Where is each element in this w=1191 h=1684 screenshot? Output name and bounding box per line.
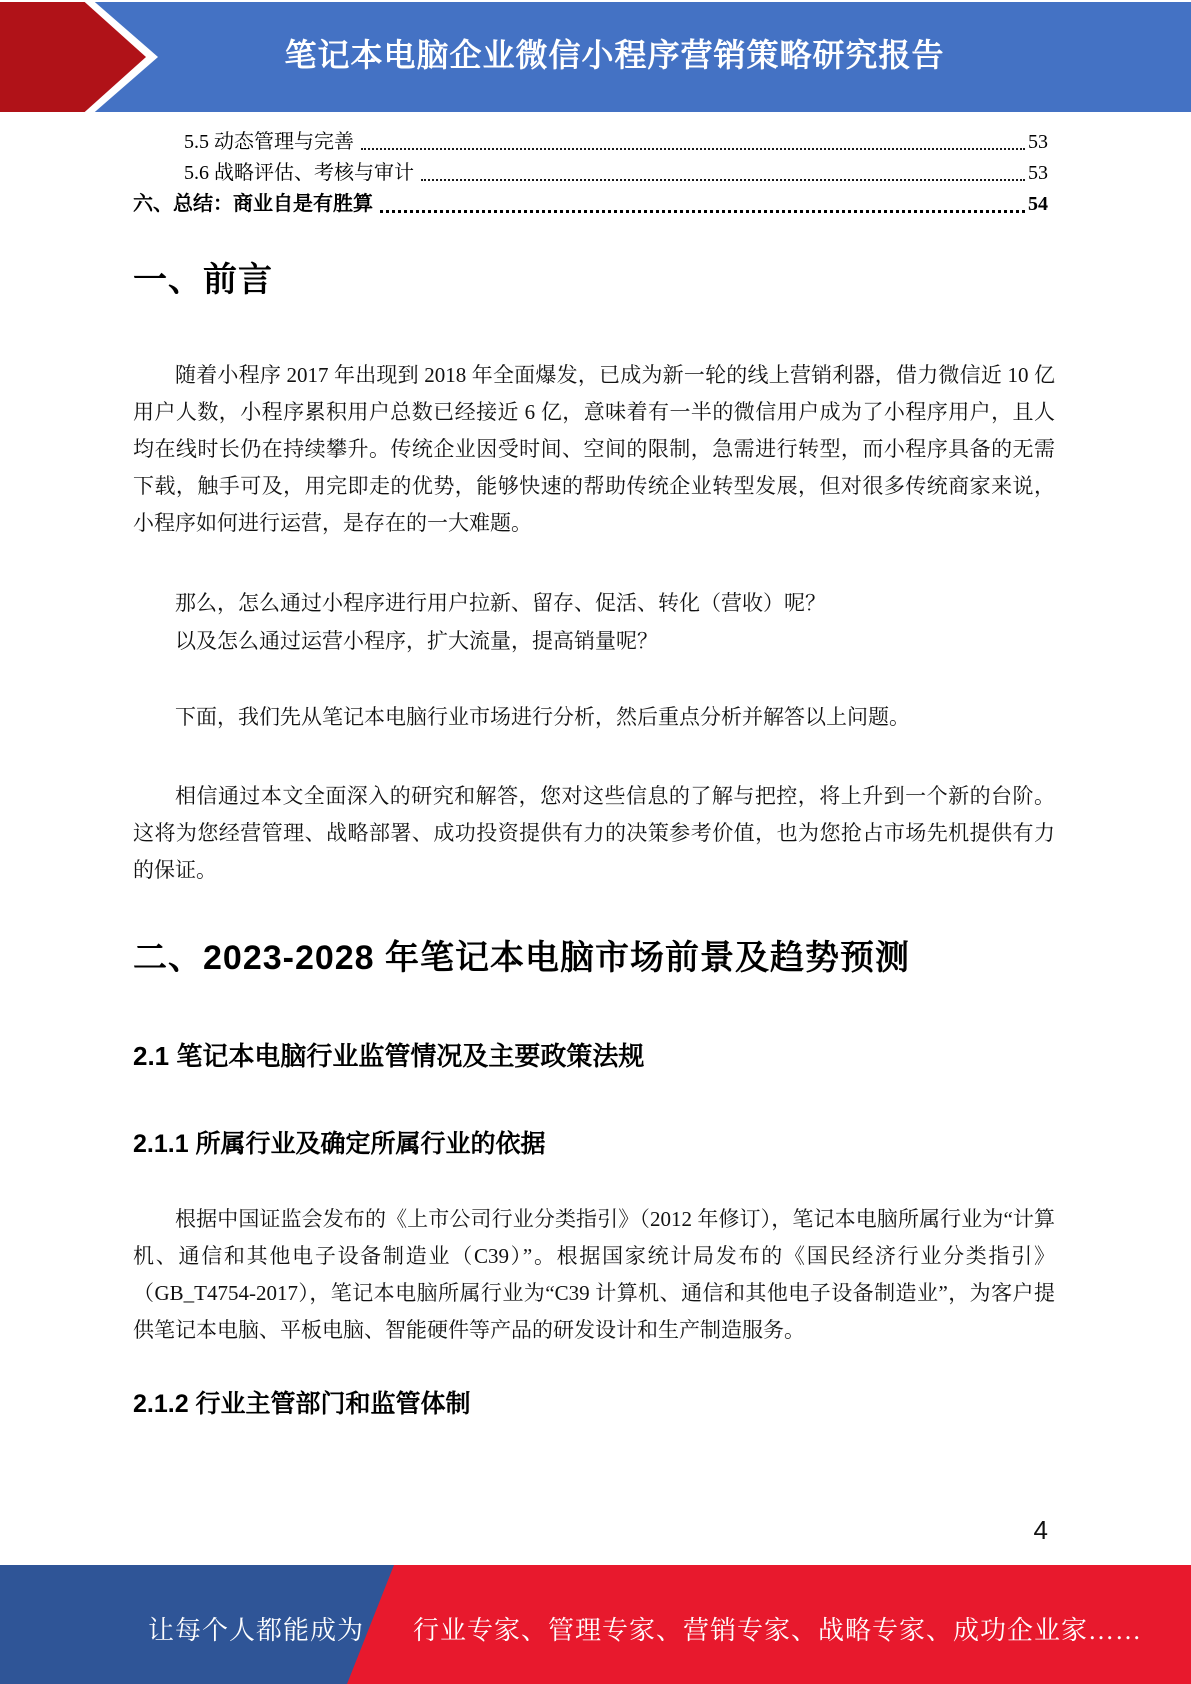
paragraph-transition: 下面，我们先从笔记本电脑行业市场进行分析，然后重点分析并解答以上问题。 <box>133 699 1055 736</box>
paragraph-question-1: 那么，怎么通过小程序进行用户拉新、留存、促活、转化（营收）呢？ <box>133 585 1055 622</box>
footer-texts: 让每个人都能成为 行业专家、管理专家、营销专家、战略专家、成功企业家…… <box>0 1565 1191 1684</box>
toc-dotted-leader <box>380 210 1025 213</box>
toc-entry-label: 5.6 战略评估、考核与审计 <box>184 160 414 186</box>
paragraph-question-2: 以及怎么通过运营小程序，扩大流量，提高销量呢？ <box>133 623 1055 660</box>
paragraph-intro: 随着小程序 2017 年出现到 2018 年全面爆发，已成为新一轮的线上营销利器… <box>133 357 1055 542</box>
section-heading-market-forecast: 二、2023-2028 年笔记本电脑市场前景及趋势预测 <box>133 930 910 979</box>
toc-entry: 六、总结：商业自是有胜算 54 <box>133 186 1048 217</box>
toc-entry-page: 53 <box>1028 160 1048 186</box>
report-header-banner: 笔记本电脑企业微信小程序营销策略研究报告 <box>0 2 1191 112</box>
section-heading-foreword: 一、前言 <box>133 252 273 301</box>
subsubsection-heading-industry: 2.1.1 所属行业及确定所属行业的依据 <box>133 1124 546 1160</box>
report-title: 笔记本电脑企业微信小程序营销策略研究报告 <box>0 2 1191 112</box>
toc-entry-page: 53 <box>1028 129 1048 155</box>
toc-entry-label: 5.5 动态管理与完善 <box>184 129 354 155</box>
toc-entry-label: 六、总结：商业自是有胜算 <box>133 191 373 217</box>
paragraph-industry-classification: 根据中国证监会发布的《上市公司行业分类指引》（2012 年修订），笔记本电脑所属… <box>133 1201 1055 1349</box>
subsection-heading-regulation: 2.1 笔记本电脑行业监管情况及主要政策法规 <box>133 1036 644 1073</box>
subsubsection-heading-regulator: 2.1.2 行业主管部门和监管体制 <box>133 1384 471 1420</box>
toc-dotted-leader <box>421 179 1025 181</box>
footer-slogan-left: 让每个人都能成为 <box>148 1610 364 1647</box>
footer-slogan-right: 行业专家、管理专家、营销专家、战略专家、成功企业家…… <box>413 1610 1142 1647</box>
paragraph-value: 相信通过本文全面深入的研究和解答，您对这些信息的了解与把控，将上升到一个新的台阶… <box>133 778 1055 889</box>
page-number: 4 <box>133 1515 1048 1546</box>
toc-entry: 5.6 战略评估、考核与审计 53 <box>133 155 1048 186</box>
document-page: 笔记本电脑企业微信小程序营销策略研究报告 5.5 动态管理与完善 53 5.6 … <box>0 0 1191 1684</box>
toc-dotted-leader <box>361 148 1025 150</box>
table-of-contents: 5.5 动态管理与完善 53 5.6 战略评估、考核与审计 53 六、总结：商业… <box>133 124 1048 217</box>
toc-entry-page: 54 <box>1028 191 1048 217</box>
toc-entry: 5.5 动态管理与完善 53 <box>133 124 1048 155</box>
footer-banner: 让每个人都能成为 行业专家、管理专家、营销专家、战略专家、成功企业家…… <box>0 1565 1191 1684</box>
